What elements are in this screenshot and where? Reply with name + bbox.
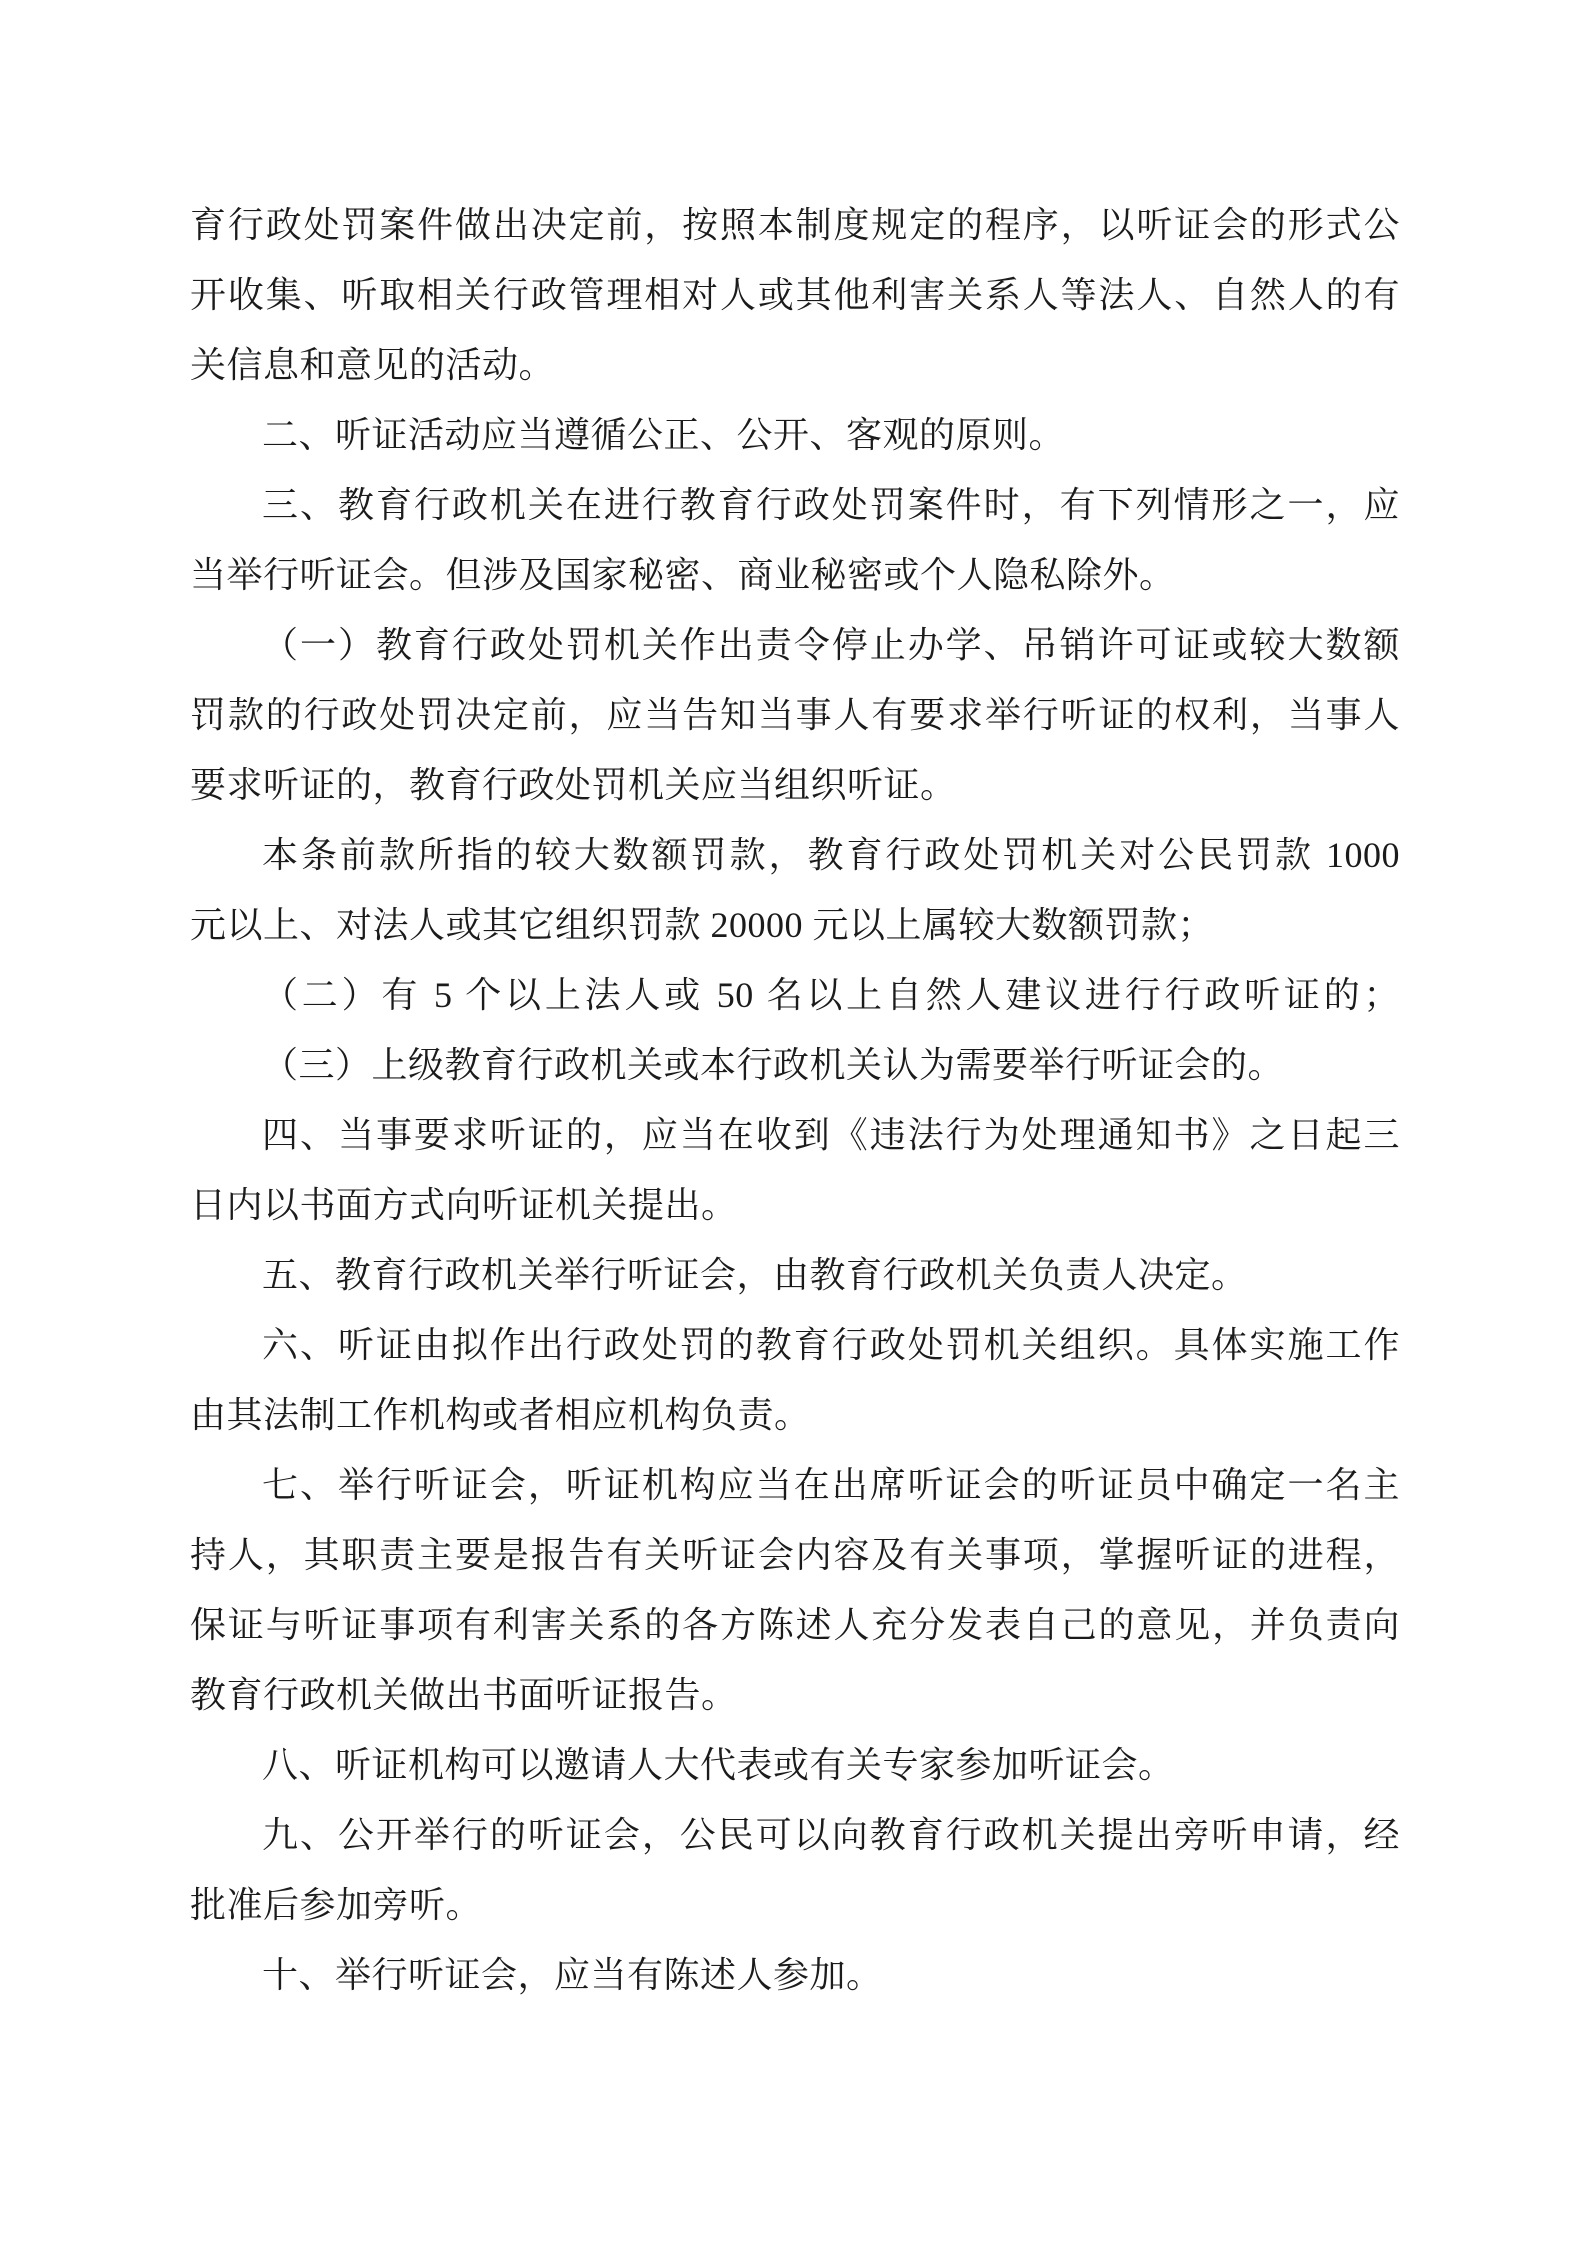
text-line: 七、举行听证会，听证机构应当在出席听证会的听证员中确定一名主 bbox=[190, 1450, 1400, 1520]
text-line: 五、教育行政机关举行听证会，由教育行政机关负责人决定。 bbox=[190, 1240, 1400, 1310]
text-line: （三）上级教育行政机关或本行政机关认为需要举行听证会的。 bbox=[190, 1030, 1400, 1100]
text-line: 日内以书面方式向听证机关提出。 bbox=[190, 1170, 1400, 1240]
text-line: 开收集、听取相关行政管理相对人或其他利害关系人等法人、自然人的有 bbox=[190, 260, 1400, 330]
text-line: 由其法制工作机构或者相应机构负责。 bbox=[190, 1380, 1400, 1450]
text-line: 九、公开举行的听证会，公民可以向教育行政机关提出旁听申请，经 bbox=[190, 1800, 1400, 1870]
text-line: 本条前款所指的较大数额罚款，教育行政处罚机关对公民罚款 1000 bbox=[190, 820, 1400, 890]
text-line: 批准后参加旁听。 bbox=[190, 1870, 1400, 1940]
document-page: 育行政处罚案件做出决定前，按照本制度规定的程序，以听证会的形式公开收集、听取相关… bbox=[0, 0, 1586, 2244]
text-line: 二、听证活动应当遵循公正、公开、客观的原则。 bbox=[190, 400, 1400, 470]
text-line: 元以上、对法人或其它组织罚款 20000 元以上属较大数额罚款； bbox=[190, 890, 1400, 960]
text-line: 保证与听证事项有利害关系的各方陈述人充分发表自己的意见，并负责向 bbox=[190, 1590, 1400, 1660]
text-line: 持人，其职责主要是报告有关听证会内容及有关事项，掌握听证的进程， bbox=[190, 1520, 1400, 1590]
text-line: 要求听证的，教育行政处罚机关应当组织听证。 bbox=[190, 750, 1400, 820]
text-line: （一）教育行政处罚机关作出责令停止办学、吊销许可证或较大数额 bbox=[190, 610, 1400, 680]
document-body: 育行政处罚案件做出决定前，按照本制度规定的程序，以听证会的形式公开收集、听取相关… bbox=[190, 190, 1400, 2010]
text-line: 关信息和意见的活动。 bbox=[190, 330, 1400, 400]
text-line: 育行政处罚案件做出决定前，按照本制度规定的程序，以听证会的形式公 bbox=[190, 190, 1400, 260]
text-line: 教育行政机关做出书面听证报告。 bbox=[190, 1660, 1400, 1730]
text-line: 四、当事要求听证的，应当在收到《违法行为处理通知书》之日起三 bbox=[190, 1100, 1400, 1170]
text-line: 罚款的行政处罚决定前，应当告知当事人有要求举行听证的权利，当事人 bbox=[190, 680, 1400, 750]
text-line: 三、教育行政机关在进行教育行政处罚案件时，有下列情形之一，应 bbox=[190, 470, 1400, 540]
text-line: 八、听证机构可以邀请人大代表或有关专家参加听证会。 bbox=[190, 1730, 1400, 1800]
text-line: （二）有 5 个以上法人或 50 名以上自然人建议进行行政听证的； bbox=[190, 960, 1400, 1030]
text-line: 十、举行听证会，应当有陈述人参加。 bbox=[190, 1940, 1400, 2010]
text-line: 六、听证由拟作出行政处罚的教育行政处罚机关组织。具体实施工作 bbox=[190, 1310, 1400, 1380]
text-line: 当举行听证会。但涉及国家秘密、商业秘密或个人隐私除外。 bbox=[190, 540, 1400, 610]
